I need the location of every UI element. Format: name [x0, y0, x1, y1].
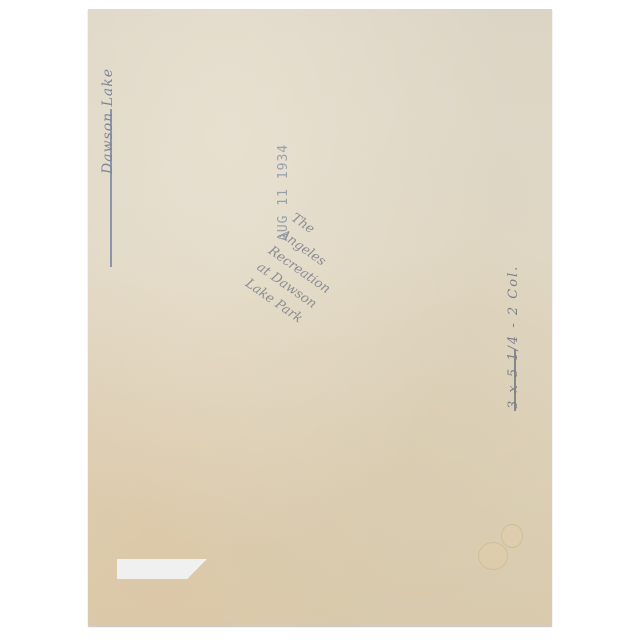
tape-residue [117, 559, 207, 579]
photo-back-paper: Dawson Lake AUG 11 1934 The Angeles Recr… [88, 9, 552, 626]
center-note: The Angeles Recreation at Dawson Lake Pa… [241, 209, 357, 332]
dimensions-note: 3 x 5 1/4 - 2 Col. [506, 265, 521, 409]
water-stain [478, 542, 508, 570]
water-stain [501, 524, 523, 548]
left-caption: Dawson Lake [100, 68, 116, 174]
